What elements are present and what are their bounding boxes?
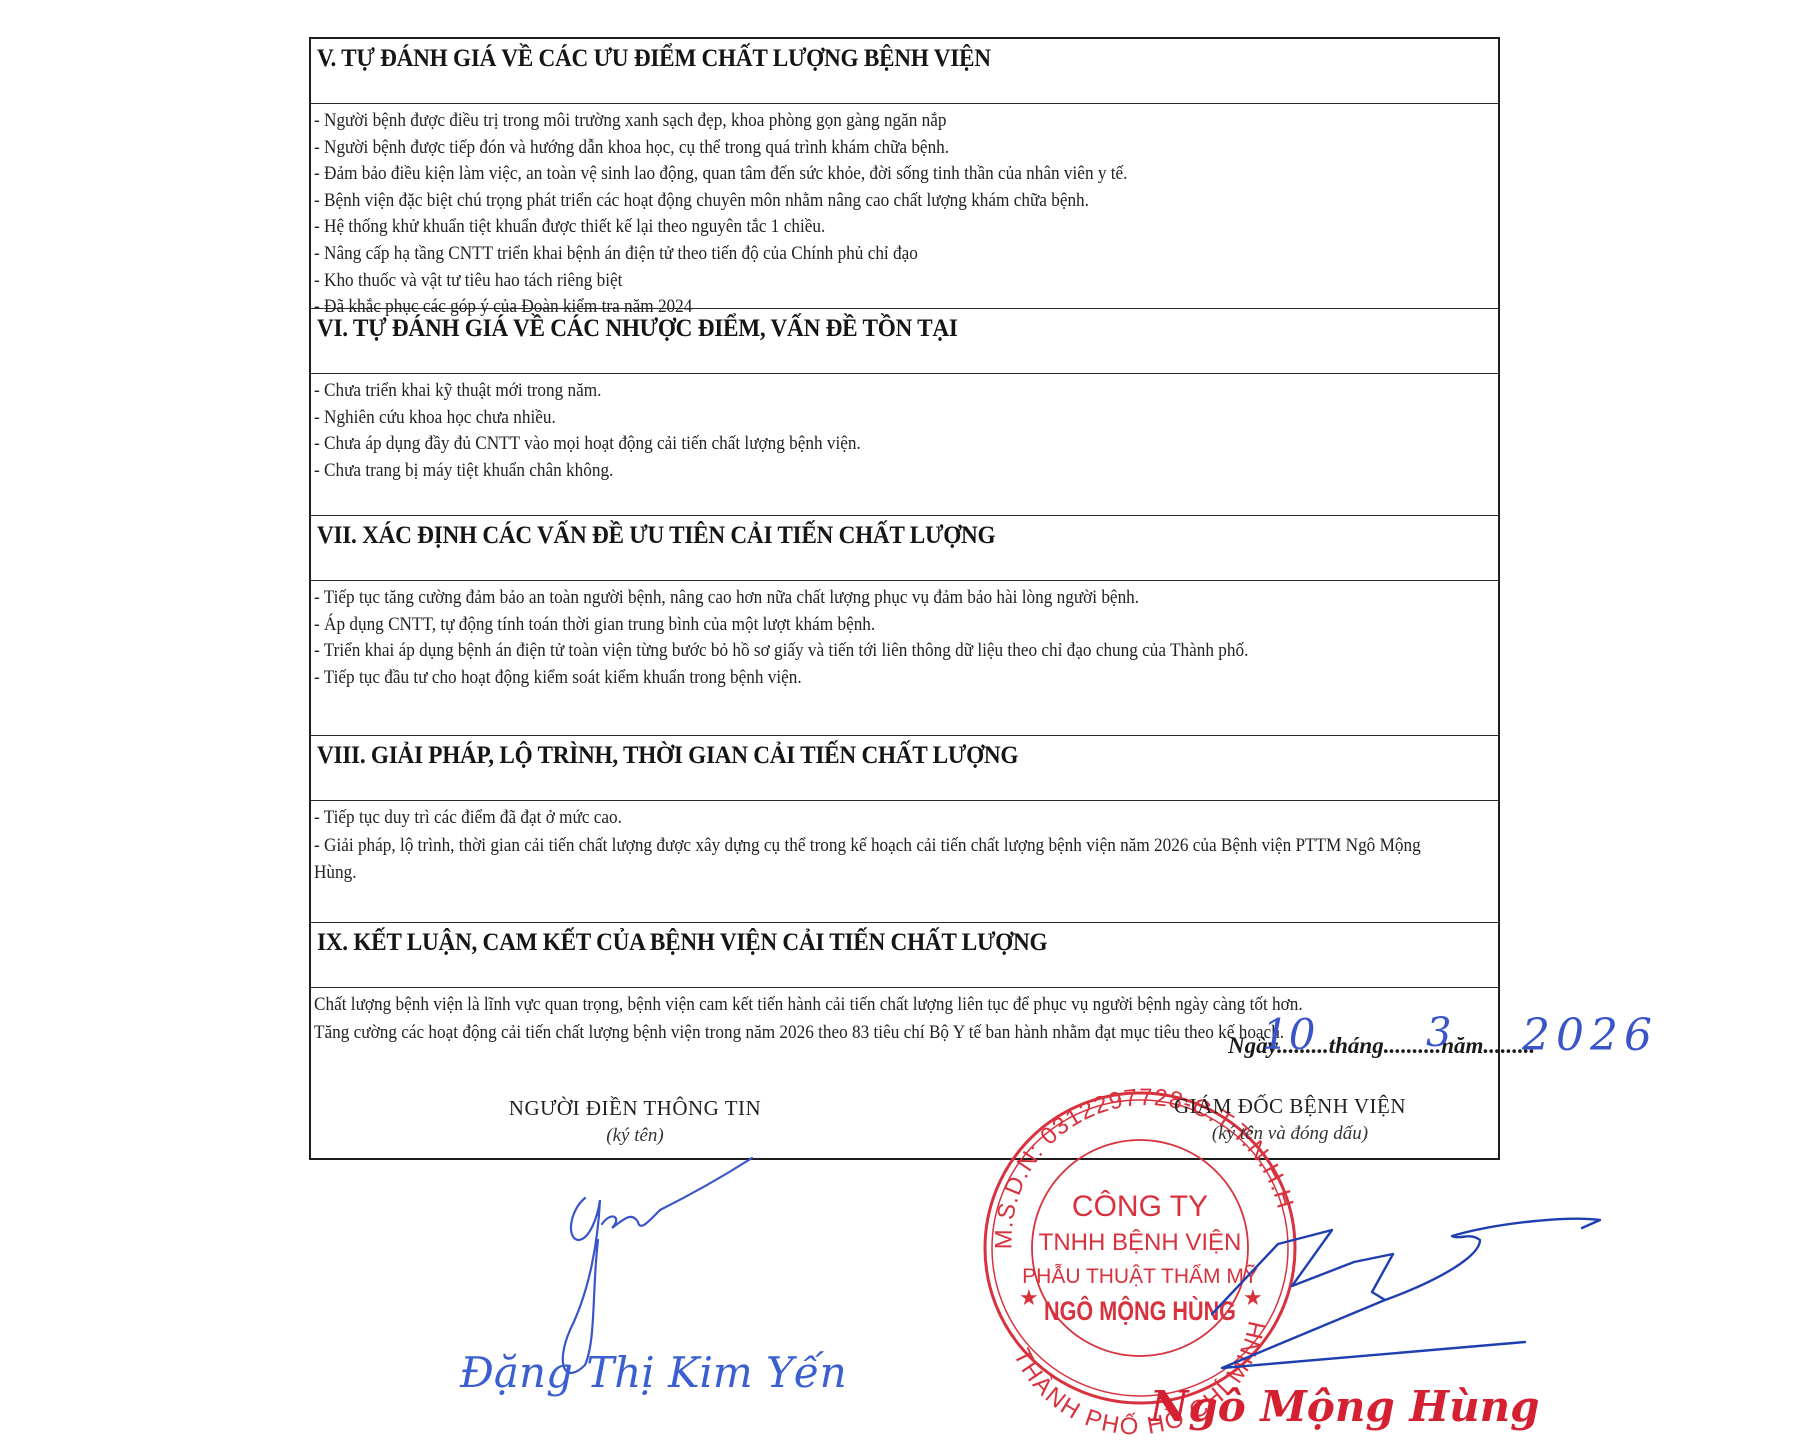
list-item: - Chưa trang bị máy tiệt khuẩn chân khôn… bbox=[314, 458, 1415, 485]
list-item: - Người bệnh được điều trị trong môi trư… bbox=[314, 108, 1415, 135]
section-viii-header: VIII. GIẢI PHÁP, LỘ TRÌNH, THỜI GIAN CẢI… bbox=[311, 736, 1498, 801]
list-item: - Tiếp tục đầu tư cho hoạt động kiểm soá… bbox=[314, 665, 1415, 692]
section-vii-title: VII. XÁC ĐỊNH CÁC VẤN ĐỀ ƯU TIÊN CẢI TIẾ… bbox=[317, 522, 995, 550]
section-ix-title: IX. KẾT LUẬN, CAM KẾT CỦA BỆNH VIỆN CẢI … bbox=[317, 929, 1047, 957]
filler-name-stamp: Đặng Thị Kim Yến bbox=[460, 1348, 847, 1397]
svg-text:★: ★ bbox=[1243, 1286, 1263, 1311]
svg-text:PHẪU THUẬT THẨM MỸ: PHẪU THUẬT THẨM MỸ bbox=[1022, 1264, 1258, 1288]
handwritten-month: 3 bbox=[1426, 1010, 1451, 1056]
report-table: V. TỰ ĐÁNH GIÁ VỀ CÁC ƯU ĐIỂM CHẤT LƯỢNG… bbox=[309, 37, 1500, 1160]
section-ix-header: IX. KẾT LUẬN, CAM KẾT CỦA BỆNH VIỆN CẢI … bbox=[311, 923, 1498, 988]
list-item: - Bệnh viện đặc biệt chú trọng phát triể… bbox=[314, 188, 1415, 215]
list-item: - Người bệnh được tiếp đón và hướng dẫn … bbox=[314, 135, 1415, 162]
list-item: - Nâng cấp hạ tầng CNTT triển khai bệnh … bbox=[314, 241, 1415, 268]
filler-subtitle: (ký tên) bbox=[460, 1125, 810, 1147]
svg-text:CÔNG TY: CÔNG TY bbox=[1072, 1189, 1208, 1223]
list-item: - Tiếp tục duy trì các điểm đã đạt ở mức… bbox=[314, 805, 1467, 833]
list-item: - Áp dụng CNTT, tự động tính toán thời g… bbox=[314, 612, 1415, 639]
list-item: - Giải pháp, lộ trình, thời gian cải tiế… bbox=[314, 833, 1467, 888]
section-vii-body: - Tiếp tục tăng cường đảm bảo an toàn ng… bbox=[311, 581, 1498, 736]
list-item: - Kho thuốc và vật tư tiêu hao tách riên… bbox=[314, 268, 1415, 295]
section-viii-title: VIII. GIẢI PHÁP, LỘ TRÌNH, THỜI GIAN CẢI… bbox=[317, 742, 1018, 770]
list-item: - Đảm bảo điều kiện làm việc, an toàn vệ… bbox=[314, 161, 1415, 188]
filler-signature bbox=[563, 1158, 752, 1373]
section-v-title: V. TỰ ĐÁNH GIÁ VỀ CÁC ƯU ĐIỂM CHẤT LƯỢNG… bbox=[317, 45, 991, 73]
svg-text:NGÔ MỘNG HÙNG: NGÔ MỘNG HÙNG bbox=[1044, 1296, 1236, 1327]
signature-block-director: GIÁM ĐỐC BỆNH VIỆN (ký tên và đóng dấu) bbox=[1080, 1094, 1500, 1145]
svg-text:★: ★ bbox=[1019, 1286, 1039, 1311]
list-item: - Tiếp tục tăng cường đảm bảo an toàn ng… bbox=[314, 585, 1415, 612]
section-vi-body: - Chưa triển khai kỹ thuật mới trong năm… bbox=[311, 374, 1498, 516]
handwritten-year: 2026 bbox=[1522, 1010, 1658, 1061]
list-item: - Hệ thống khử khuẩn tiệt khuẩn được thi… bbox=[314, 214, 1415, 241]
director-title: GIÁM ĐỐC BỆNH VIỆN bbox=[1080, 1094, 1500, 1119]
section-vii-header: VII. XÁC ĐỊNH CÁC VẤN ĐỀ ƯU TIÊN CẢI TIẾ… bbox=[311, 516, 1498, 581]
list-item: - Triển khai áp dụng bệnh án điện tử toà… bbox=[314, 638, 1415, 665]
svg-text:TNHH BỆNH VIỆN: TNHH BỆNH VIỆN bbox=[1039, 1229, 1242, 1256]
director-subtitle: (ký tên và đóng dấu) bbox=[1080, 1123, 1500, 1145]
signature-block-filler: NGƯỜI ĐIỀN THÔNG TIN (ký tên) bbox=[460, 1096, 810, 1147]
list-item: - Nghiên cứu khoa học chưa nhiều. bbox=[314, 405, 1415, 432]
director-signature bbox=[1212, 1219, 1600, 1368]
section-viii-body: - Tiếp tục duy trì các điểm đã đạt ở mức… bbox=[311, 801, 1498, 923]
filler-title: NGƯỜI ĐIỀN THÔNG TIN bbox=[460, 1096, 810, 1121]
section-v-body: - Người bệnh được điều trị trong môi trư… bbox=[311, 104, 1498, 309]
list-item: - Chưa áp dụng đầy đủ CNTT vào mọi hoạt … bbox=[314, 431, 1415, 458]
section-v-header: V. TỰ ĐÁNH GIÁ VỀ CÁC ƯU ĐIỂM CHẤT LƯỢNG… bbox=[311, 39, 1498, 104]
handwritten-day: 10 bbox=[1262, 1010, 1315, 1059]
section-vi-title: VI. TỰ ĐÁNH GIÁ VỀ CÁC NHƯỢC ĐIỂM, VẤN Đ… bbox=[317, 315, 958, 343]
list-item: - Chưa triển khai kỹ thuật mới trong năm… bbox=[314, 378, 1415, 405]
section-vi-header: VI. TỰ ĐÁNH GIÁ VỀ CÁC NHƯỢC ĐIỂM, VẤN Đ… bbox=[311, 309, 1498, 374]
director-name-stamp: Ngô Mộng Hùng bbox=[1150, 1382, 1540, 1431]
